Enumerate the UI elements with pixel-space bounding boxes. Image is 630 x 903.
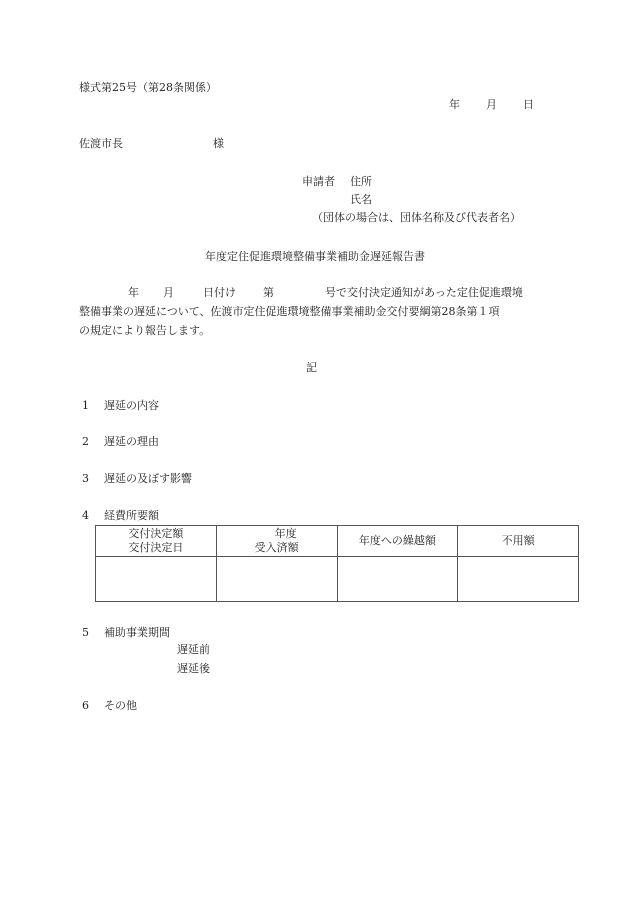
header-received-amount: 年度 受入済額 — [216, 526, 337, 557]
body-month: 月 — [163, 286, 174, 300]
body-dai: 第 — [263, 286, 274, 300]
addressee-honorific: 様 — [213, 137, 224, 151]
applicant-note: （団体の場合は、団体名称及び代表者名） — [312, 211, 521, 225]
date-year: 年 — [449, 98, 460, 112]
table-row — [96, 557, 579, 602]
document-title: 年度定住促進環境整備事業補助金遅延報告書 — [0, 250, 630, 264]
item-label: 遅延の内容 — [104, 399, 159, 413]
item-label: 遅延の及ぼす影響 — [104, 472, 192, 486]
header-grant-decision: 交付決定額 交付決定日 — [96, 526, 217, 557]
applicant-label: 申請者 — [302, 175, 335, 189]
header-carryover-amount: 年度への繰越額 — [337, 526, 458, 557]
cost-table: 交付決定額 交付決定日 年度 受入済額 年度への繰越額 不用額 — [95, 525, 579, 602]
body-year: 年 — [128, 286, 139, 300]
name-label: 氏名 — [350, 193, 372, 207]
table-cell[interactable] — [216, 557, 337, 602]
item-number: 2 — [82, 435, 89, 449]
body-line3: の規定により報告します。 — [79, 324, 210, 338]
ki-heading: 記 — [306, 361, 317, 375]
header-line: 年度 — [217, 527, 337, 541]
date-day: 日 — [523, 98, 534, 112]
item-label: その他 — [104, 699, 137, 713]
header-line: 交付決定額 — [96, 527, 216, 541]
table-header-row: 交付決定額 交付決定日 年度 受入済額 年度への繰越額 不用額 — [96, 526, 579, 557]
body-date: 日付け — [203, 286, 236, 300]
item-number: 6 — [82, 699, 89, 713]
table-cell[interactable] — [337, 557, 458, 602]
form-number: 様式第25号（第28条関係） — [79, 81, 217, 95]
item-number: 4 — [82, 509, 89, 523]
table-cell[interactable] — [96, 557, 217, 602]
item-label: 遅延の理由 — [104, 435, 159, 449]
header-line: 受入済額 — [217, 541, 337, 555]
addressee-name: 佐渡市長 — [79, 137, 123, 151]
body-line1-rest: 号で交付決定通知があった定住促進環境 — [325, 286, 523, 300]
table-cell[interactable] — [458, 557, 579, 602]
item-number: 3 — [82, 472, 89, 486]
address-label: 住所 — [350, 175, 372, 189]
period-after: 遅延後 — [177, 662, 210, 676]
body-line2: 整備事業の遅延について、佐渡市定住促進環境整備事業補助金交付要綱第28条第１項 — [79, 305, 500, 319]
item-label: 補助事業期間 — [104, 626, 170, 640]
period-before: 遅延前 — [177, 643, 210, 657]
item-number: 5 — [82, 626, 89, 640]
header-unused-amount: 不用額 — [458, 526, 579, 557]
date-month: 月 — [486, 98, 497, 112]
header-line: 交付決定日 — [96, 541, 216, 555]
item-label: 経費所要額 — [104, 509, 159, 523]
item-number: 1 — [82, 399, 89, 413]
